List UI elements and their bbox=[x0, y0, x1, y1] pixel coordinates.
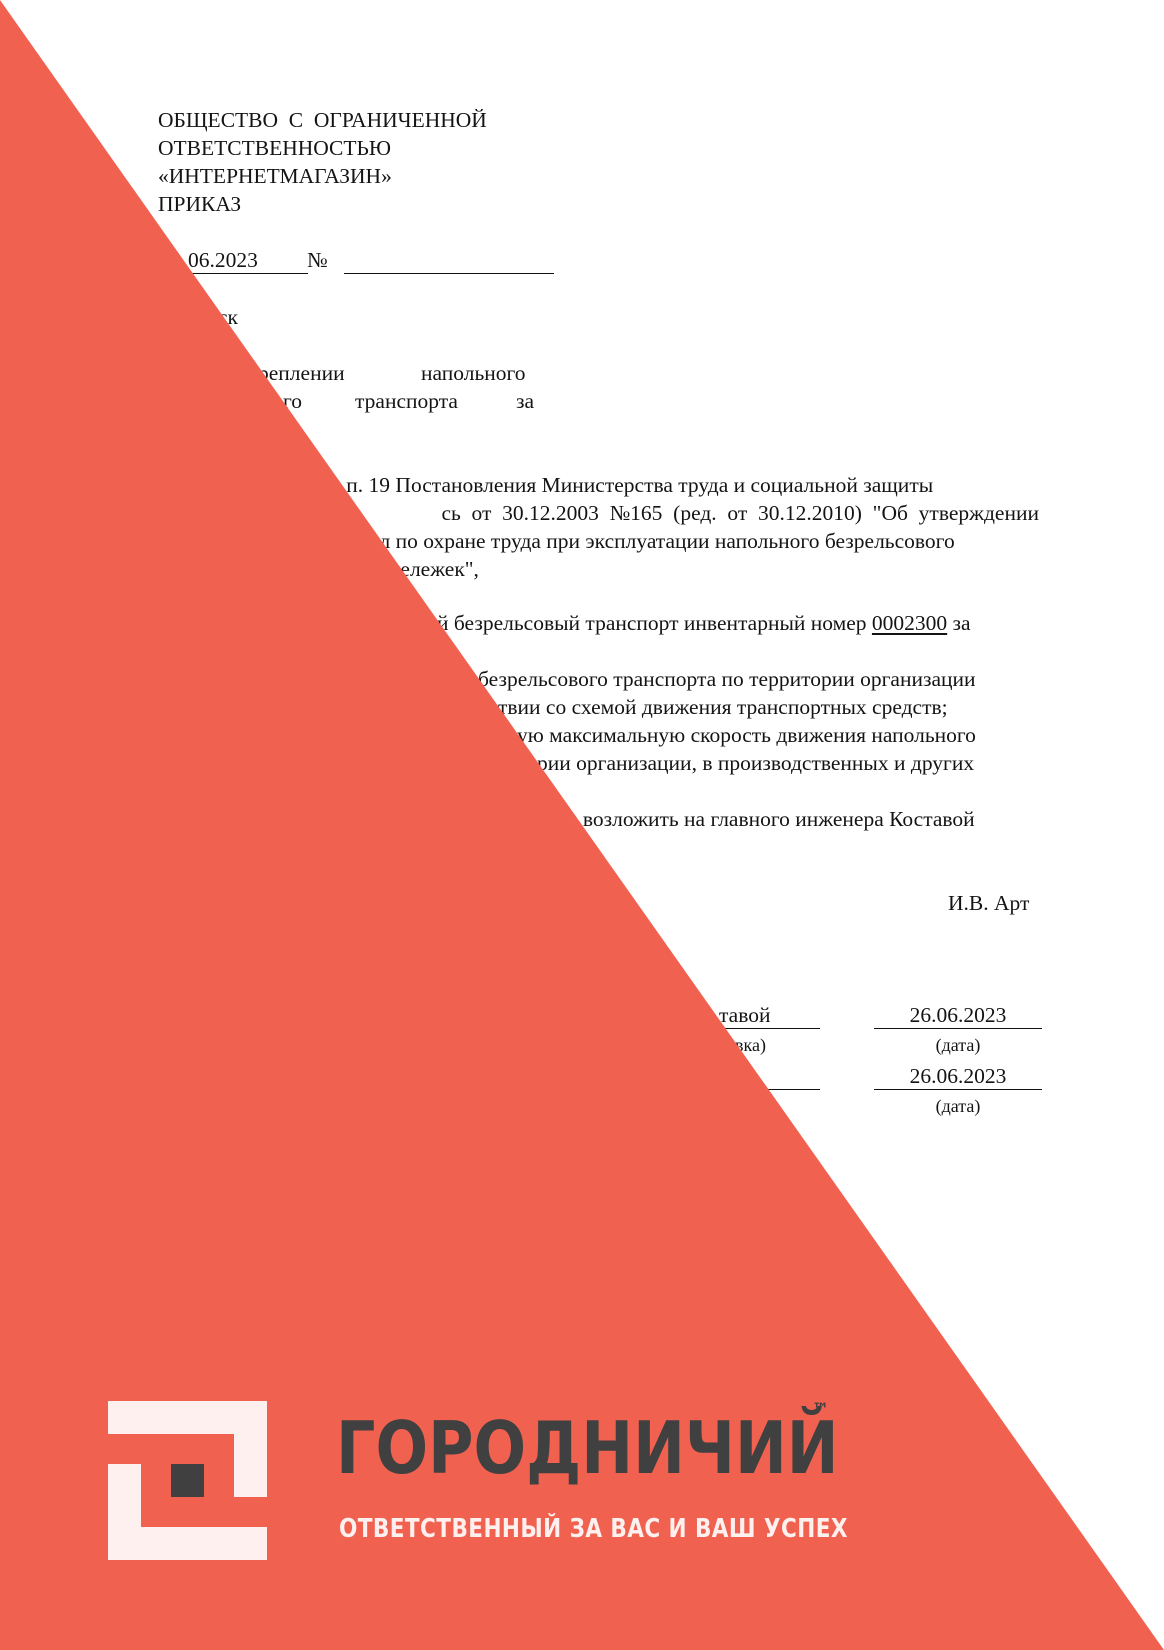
number-sign: № bbox=[307, 246, 328, 274]
order-item-1-text: й безрельсовый транспорт инвентарный ном… bbox=[437, 611, 872, 635]
date-caption-1: (дата) bbox=[874, 1031, 1042, 1059]
logo-right-bar bbox=[234, 1434, 267, 1497]
brand-tagline: ОТВЕТСТВЕННЫЙ ЗА ВАС И ВАШ УСПЕХ bbox=[339, 1514, 848, 1544]
brand-logo-icon bbox=[108, 1401, 267, 1560]
preamble-line-2: сь от 30.12.2003 №165 (ред. от 30.12.201… bbox=[327, 499, 1039, 527]
doc-type-title: ПРИКАЗ bbox=[158, 190, 241, 218]
subject-line-2b: транспорта bbox=[355, 387, 458, 415]
subject-line-1b: напольного bbox=[421, 359, 526, 387]
order-item-2-line-4: рии организации, в производственных и др… bbox=[537, 749, 974, 777]
date-caption-2: (дата) bbox=[874, 1092, 1042, 1120]
order-item-1-suffix: за bbox=[947, 611, 970, 635]
acquaint-date-2: 26.06.2023 bbox=[874, 1062, 1042, 1090]
order-item-2-line-2: твии со схемой движения транспортных сре… bbox=[498, 693, 948, 721]
preamble-line-3: ил по охране труда при эксплуатации напо… bbox=[368, 527, 955, 555]
logo-left-bar bbox=[108, 1464, 141, 1560]
order-item-1: й безрельсовый транспорт инвентарный ном… bbox=[437, 609, 971, 637]
date-line-1 bbox=[874, 1028, 1042, 1029]
order-item-2-line-1: безрельсового транспорта по территории о… bbox=[478, 665, 976, 693]
logo-top-bar bbox=[108, 1401, 267, 1434]
date-line-2 bbox=[874, 1089, 1042, 1090]
signatory-name: И.В. Арт bbox=[948, 889, 1029, 917]
order-date: 06.2023 bbox=[188, 246, 258, 274]
subject-line-2c: за bbox=[516, 387, 534, 415]
preamble-line-1: ии с п. 19 Постановления Министерства тр… bbox=[303, 471, 933, 499]
inventory-number: 0002300 bbox=[872, 611, 947, 635]
logo-center-square bbox=[171, 1464, 204, 1497]
control-line: а возложить на главного инженера Коставо… bbox=[568, 805, 975, 833]
order-item-2-line-3: ую максимальную скорость движения наполь… bbox=[517, 721, 976, 749]
trademark-symbol: ™ bbox=[812, 1400, 829, 1420]
org-name-line-1: ОБЩЕСТВО С ОГРАНИЧЕННОЙ bbox=[158, 106, 487, 134]
subject-line-1a: реплении bbox=[258, 359, 345, 387]
acquaint-date-1: 26.06.2023 bbox=[874, 1001, 1042, 1029]
acquaint-name-1: тавой bbox=[719, 1001, 770, 1029]
org-name-line-3: «ИНТЕРНЕТМАГАЗИН» bbox=[158, 162, 392, 190]
order-number-field bbox=[344, 273, 554, 274]
logo-bottom-bar bbox=[141, 1527, 267, 1560]
brand-name: ГОРОДНИЧИЙ bbox=[336, 1408, 839, 1488]
org-name-line-2: ОТВЕТСТВЕННОСТЬЮ bbox=[158, 134, 391, 162]
